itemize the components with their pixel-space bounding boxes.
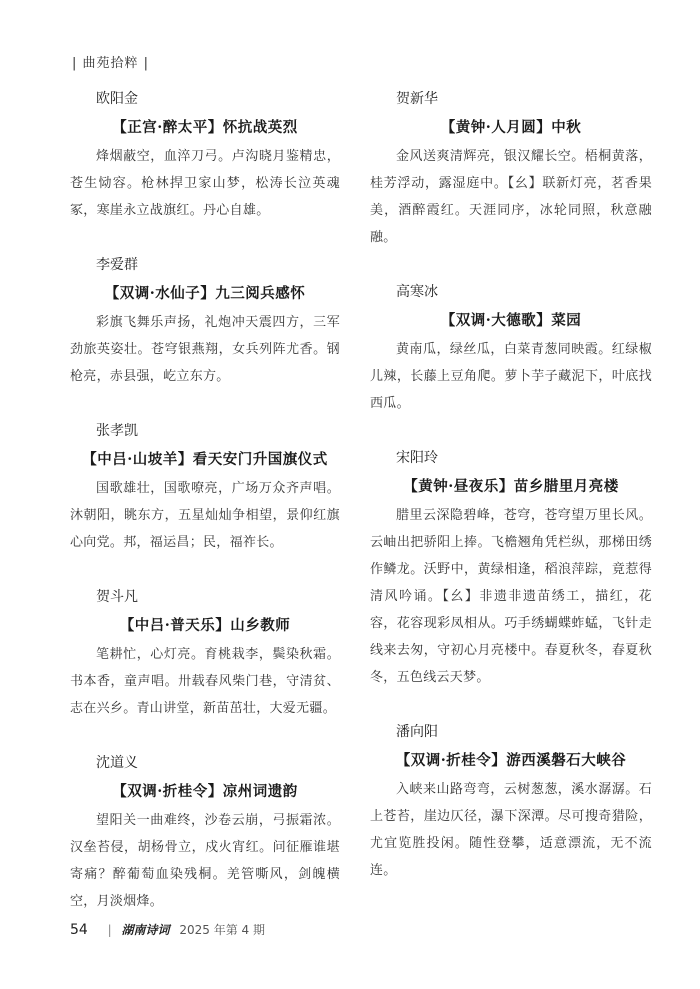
poem-author: 高寒冰 (396, 281, 652, 301)
poem-body: 望阳关一曲难终，沙卷云崩，弓振霜浓。汉垒苔侵，胡杨骨立，戍火宵红。问征雁谁堪寄痛… (70, 807, 340, 915)
poem-author: 宋阳玲 (396, 447, 652, 467)
poem-author: 沈道义 (96, 752, 340, 772)
poem-body: 黄南瓜，绿丝瓜，白菜青葱同映霞。红绿椒儿辣，长藤上豆角爬。萝卜芋子藏泥下，叶底找… (370, 336, 652, 417)
poem-body: 彩旗飞舞乐声扬，礼炮冲天震四方，三军劲旅英姿壮。苍穹银燕翔，女兵列阵尤香。钢枪亮… (70, 309, 340, 390)
poem-body: 入峡来山路弯弯，云树葱葱，溪水潺潺。石上苍苔，崖边仄径，瀑下深潭。尽可搜奇猎险，… (370, 776, 652, 884)
poem-body: 腊里云深隐碧峰，苍穹，苍穹望万里长风。云岫出把骄阳上捧。飞檐翘角凭栏纵，那梯田绣… (370, 502, 652, 691)
right-column: 贺新华 【黄钟·人月圆】中秋 金风送爽清辉亮，银汉耀长空。梧桐黄落，桂芳浮动，露… (370, 88, 652, 914)
poem-piece: 沈道义 【双调·折桂令】凉州词遗韵 望阳关一曲难终，沙卷云崩，弓振霜浓。汉垒苔侵… (70, 752, 340, 915)
poem-title: 【双调·大德歌】菜园 (370, 309, 652, 330)
poem-title: 【正宫·醉太平】怀抗战英烈 (70, 116, 340, 137)
poem-body: 烽烟蔽空，血淬刀弓。卢沟晓月鉴精忠，苍生恸容。枪林捍卫家山梦，松涛长泣英魂冢，寒… (70, 143, 340, 224)
poem-title: 【双调·水仙子】九三阅兵感怀 (70, 282, 340, 303)
poem-author: 欧阳金 (96, 88, 340, 108)
poem-author: 潘向阳 (396, 721, 652, 741)
poem-piece: 潘向阳 【双调·折桂令】游西溪磐石大峡谷 入峡来山路弯弯，云树葱葱，溪水潺潺。石… (370, 721, 652, 884)
poem-piece: 宋阳玲 【黄钟·昼夜乐】苗乡腊里月亮楼 腊里云深隐碧峰，苍穹，苍穹望万里长风。云… (370, 447, 652, 691)
poem-author: 贺新华 (396, 88, 652, 108)
issue-label: 2025 年第 4 期 (179, 923, 265, 937)
poem-piece: 张孝凯 【中吕·山坡羊】看天安门升国旗仪式 国歌雄壮，国歌嘹亮，广场万众齐声唱。… (70, 420, 340, 556)
poem-piece: 欧阳金 【正宫·醉太平】怀抗战英烈 烽烟蔽空，血淬刀弓。卢沟晓月鉴精忠，苍生恸容… (70, 88, 340, 224)
poem-title: 【双调·折桂令】凉州词遗韵 (70, 780, 340, 801)
page-footer: 54 | 湖南诗词 2025 年第 4 期 (70, 921, 265, 938)
poem-piece: 贺新华 【黄钟·人月圆】中秋 金风送爽清辉亮，银汉耀长空。梧桐黄落，桂芳浮动，露… (370, 88, 652, 251)
poem-body: 笔耕忙，心灯亮。育桃栽李，鬓染秋霜。书本香，童声唱。卅载春风柴门巷，守清贫、志在… (70, 641, 340, 722)
poem-title: 【黄钟·昼夜乐】苗乡腊里月亮楼 (370, 475, 652, 496)
poem-title: 【双调·折桂令】游西溪磐石大峡谷 (370, 749, 652, 770)
poem-piece: 高寒冰 【双调·大德歌】菜园 黄南瓜，绿丝瓜，白菜青葱同映霞。红绿椒儿辣，长藤上… (370, 281, 652, 417)
left-column: 欧阳金 【正宫·醉太平】怀抗战英烈 烽烟蔽空，血淬刀弓。卢沟晓月鉴精忠，苍生恸容… (70, 88, 340, 945)
poem-piece: 贺斗凡 【中吕·普天乐】山乡教师 笔耕忙，心灯亮。育桃栽李，鬓染秋霜。书本香，童… (70, 586, 340, 722)
poem-title: 【中吕·山坡羊】看天安门升国旗仪式 (70, 448, 340, 469)
magazine-name: 湖南诗词 (122, 923, 170, 937)
poem-body: 金风送爽清辉亮，银汉耀长空。梧桐黄落，桂芳浮动，露湿庭中。【幺】联新灯亮，茗香果… (370, 143, 652, 251)
page-number: 54 (70, 922, 88, 938)
poem-title: 【黄钟·人月圆】中秋 (370, 116, 652, 137)
poem-author: 李爱群 (96, 254, 340, 274)
poem-author: 张孝凯 (96, 420, 340, 440)
section-tag: | 曲苑拾粹 | (72, 52, 149, 71)
poem-body: 国歌雄壮，国歌嘹亮，广场万众齐声唱。沐朝阳，眺东方，五星灿灿争相望，景仰红旗心向… (70, 475, 340, 556)
poem-title: 【中吕·普天乐】山乡教师 (70, 614, 340, 635)
footer-divider: | (108, 923, 112, 937)
poem-piece: 李爱群 【双调·水仙子】九三阅兵感怀 彩旗飞舞乐声扬，礼炮冲天震四方，三军劲旅英… (70, 254, 340, 390)
poem-author: 贺斗凡 (96, 586, 340, 606)
